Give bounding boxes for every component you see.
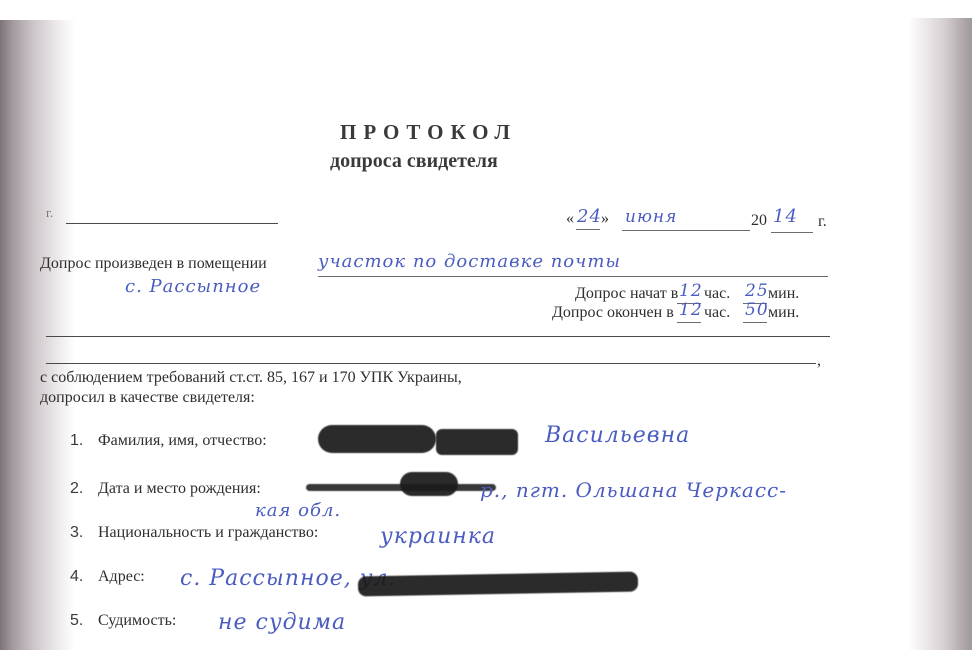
field-1-value: Васильевна <box>545 423 690 448</box>
end-time-hour-unit: час. <box>704 304 730 322</box>
document-subtitle: допроса свидетеля <box>330 150 498 173</box>
trailing-comma: , <box>817 352 821 370</box>
location-line <box>318 276 828 277</box>
start-time-minute: 25 <box>745 281 769 301</box>
document-title: ПРОТОКОЛ <box>340 120 517 145</box>
date-month: июня <box>625 207 677 227</box>
end-hour-line <box>677 322 701 323</box>
field-5-label: Судимость: <box>98 612 176 630</box>
start-time-hour-unit: час. <box>704 285 730 303</box>
date-month-line <box>622 230 750 231</box>
field-1-number: 1. <box>70 432 83 450</box>
end-minute-line <box>743 322 767 323</box>
date-day: 24 <box>577 206 602 227</box>
location-value-line1: участок по доставке почты <box>318 251 621 272</box>
field-3-label: Национальность и гражданство: <box>98 524 318 542</box>
compliance-text: с соблюдением требований ст.ст. 85, 167 … <box>40 369 462 387</box>
redaction-address <box>358 572 638 597</box>
redaction-name-1 <box>318 425 436 453</box>
end-time-hour: 12 <box>679 300 703 320</box>
end-time-minute-unit: мин. <box>768 304 799 322</box>
questioned-text: допросил в качестве свидетеля: <box>40 389 255 407</box>
field-5-number: 5. <box>70 612 83 630</box>
date-year-line <box>771 232 813 233</box>
end-time-label: Допрос окончен в <box>552 304 674 322</box>
field-4-label: Адрес: <box>98 568 145 586</box>
field-3-number: 3. <box>70 524 83 542</box>
blank-line-1 <box>46 336 830 337</box>
field-2-value-line2: кая обл. <box>255 500 341 521</box>
date-year-prefix: 20 <box>751 212 767 230</box>
date-day-line <box>576 229 600 230</box>
field-1-label: Фамилия, имя, отчество: <box>98 432 267 450</box>
location-value-line2: с. Рассыпное <box>125 276 261 297</box>
field-3-value: украинка <box>380 524 496 549</box>
field-2-label: Дата и место рождения: <box>98 480 261 498</box>
date-open-quote: « <box>566 210 574 228</box>
blank-line-2 <box>46 363 816 364</box>
date-year-unit: г. <box>818 213 827 231</box>
date-close-quote: » <box>601 210 609 228</box>
field-5-value: не судима <box>218 610 346 635</box>
start-time-hour: 12 <box>679 281 703 301</box>
scanned-document: ПРОТОКОЛ допроса свидетеля г. « 24 » июн… <box>0 0 980 650</box>
field-2-number: 2. <box>70 480 83 498</box>
field-2-value: р., пгт. Ольшана Черкасс- <box>480 478 787 502</box>
start-time-minute-unit: мин. <box>768 285 799 303</box>
location-label: Допрос произведен в помещении <box>40 255 267 273</box>
place-label: г. <box>46 205 53 221</box>
redaction-name-2 <box>436 429 518 455</box>
field-4-number: 4. <box>70 568 83 586</box>
protocol-page: ПРОТОКОЛ допроса свидетеля г. « 24 » июн… <box>0 0 980 650</box>
place-line <box>66 223 278 224</box>
start-time-label: Допрос начат в <box>575 285 678 303</box>
date-year-suffix: 14 <box>773 206 798 227</box>
end-time-minute: 50 <box>745 300 769 320</box>
redaction-birthdate-blot <box>400 472 458 496</box>
